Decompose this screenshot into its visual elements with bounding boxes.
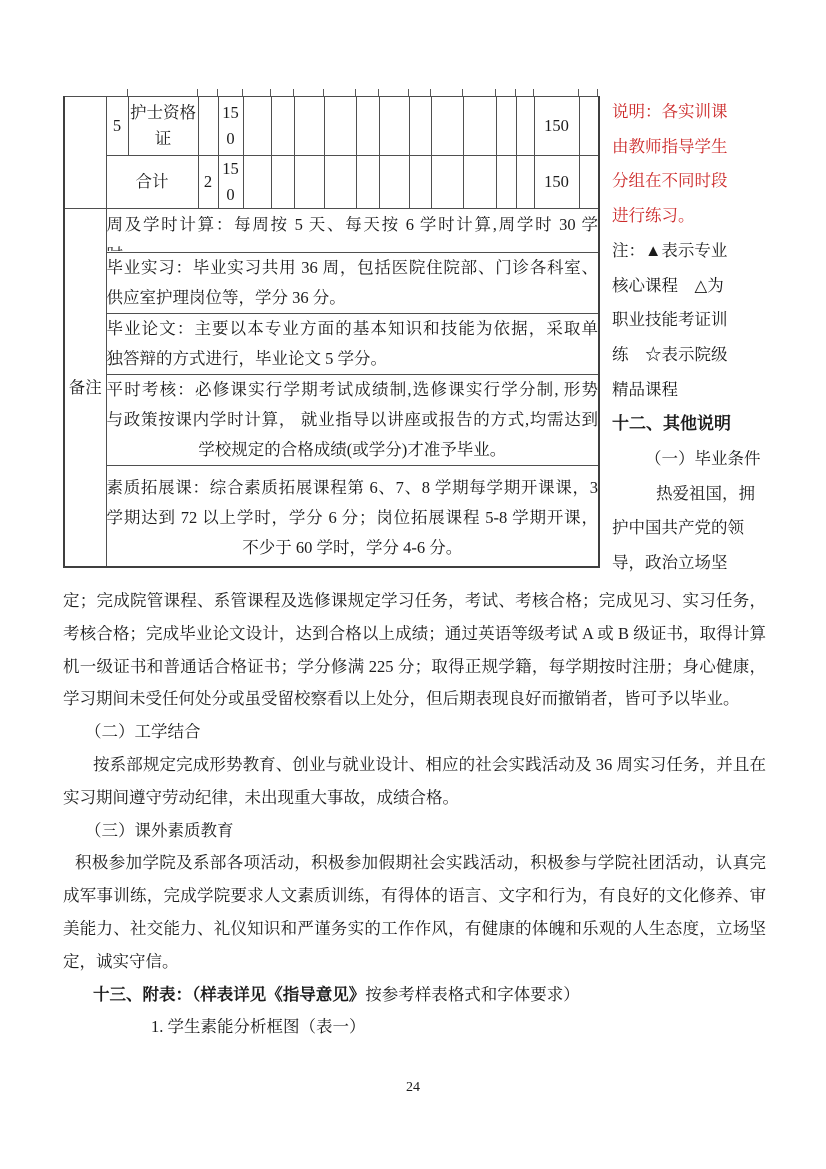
empty-cell bbox=[64, 97, 106, 209]
grid-stub bbox=[408, 89, 409, 96]
legend-note-line: 精品课程 bbox=[612, 373, 798, 408]
empty-cell bbox=[324, 156, 356, 209]
subtotal-count-cell: 2 bbox=[198, 156, 218, 209]
empty-cell bbox=[463, 97, 496, 156]
subheading-extracurricular: （三）课外素质教育 bbox=[63, 815, 766, 848]
remark-weekly-hours-cell: 周及学时计算：每周按 5 天、每天按 6 学时计算,周学时 30 学 时 bbox=[106, 209, 599, 253]
appendix-heading: 十三、附表：（样表详见《指导意见》按参考样表格式和字体要求） bbox=[63, 979, 766, 1012]
empty-cell bbox=[379, 97, 409, 156]
legend-note-line: 核心课程 △为 bbox=[612, 269, 798, 304]
table-row-remark: 备注 周及学时计算：每周按 5 天、每天按 6 学时计算,周学时 30 学 时 bbox=[64, 209, 599, 253]
empty-cell bbox=[496, 156, 516, 209]
appendix-heading-bold: 十三、附表：（样表详见《指导意见》 bbox=[93, 985, 365, 1004]
sidebar-notes: 说明：各实训课 由教师指导学生 分组在不同时段 进行练习。 注：▲表示专业 核心… bbox=[612, 95, 798, 581]
empty-cell bbox=[294, 97, 324, 156]
grid-stub bbox=[293, 89, 294, 96]
subtotal-total-cell: 150 bbox=[534, 156, 579, 209]
seq-cell: 5 bbox=[106, 97, 128, 156]
table-row-remark: 素质拓展课：综合素质拓展课程第 6、7、8 学期每学期开课课，3 学期达到 72… bbox=[64, 466, 599, 568]
table-row-subtotal: 合计 2 150 150 bbox=[64, 156, 599, 209]
remark-internship-cell: 毕业实习：毕业实习共用 36 周，包括医院住院部、门诊各科室、 供应室护理岗位等… bbox=[106, 253, 599, 314]
grid-stub bbox=[578, 89, 579, 96]
sidebar-text-line: 导，政治立场坚 bbox=[612, 546, 798, 581]
grid-stub bbox=[242, 89, 243, 96]
sidebar-text-line: 热爱祖国，拥 bbox=[612, 477, 798, 512]
empty-cell bbox=[271, 97, 294, 156]
paragraph-graduation-conditions: 定；完成院管课程、系管课程及选修课规定学习任务，考试、考核合格；完成见习、实习任… bbox=[63, 585, 766, 716]
grid-stub bbox=[597, 89, 598, 96]
grid-stub bbox=[323, 89, 324, 96]
course-table-wrap: 5 护士资格证 150 150 合计 2 bbox=[63, 96, 598, 568]
table-row-remark: 毕业实习：毕业实习共用 36 周，包括医院住院部、门诊各科室、 供应室护理岗位等… bbox=[64, 253, 599, 314]
legend-note-line: 练 ☆表示院级 bbox=[612, 338, 798, 373]
subtotal-hours-cell: 150 bbox=[218, 156, 243, 209]
subheading-work-study: （二）工学结合 bbox=[63, 716, 766, 749]
empty-cell bbox=[356, 97, 379, 156]
red-note-line: 进行练习。 bbox=[612, 199, 798, 234]
grid-stub bbox=[515, 89, 516, 96]
empty-cell bbox=[579, 97, 599, 156]
table-row-remark: 毕业论文：主要以本专业方面的基本知识和技能为依据，采取单 独答辩的方式进行，毕业… bbox=[64, 314, 599, 375]
table-row-cert: 5 护士资格证 150 150 bbox=[64, 97, 599, 156]
remarks-label-cell: 备注 bbox=[64, 209, 106, 568]
main-text: 定；完成院管课程、系管课程及选修课规定学习任务，考试、考核合格；完成见习、实习任… bbox=[63, 585, 766, 1044]
grid-stub bbox=[462, 89, 463, 96]
page-number: 24 bbox=[0, 1080, 826, 1096]
red-note-line: 说明：各实训课 bbox=[612, 95, 798, 130]
subtotal-label-cell: 合计 bbox=[106, 156, 198, 209]
red-note-line: 分组在不同时段 bbox=[612, 164, 798, 199]
empty-cell bbox=[431, 97, 463, 156]
total-hours-cell: 150 bbox=[534, 97, 579, 156]
empty-cell bbox=[516, 97, 534, 156]
empty-cell bbox=[516, 156, 534, 209]
hours-cell: 150 bbox=[218, 97, 243, 156]
empty-cell bbox=[463, 156, 496, 209]
grid-stub bbox=[378, 89, 379, 96]
empty-cell bbox=[356, 156, 379, 209]
appendix-heading-regular: 按参考样表格式和字体要求） bbox=[365, 985, 580, 1004]
grid-stub bbox=[270, 89, 271, 96]
empty-cell bbox=[409, 156, 431, 209]
section-heading: 十二、其他说明 bbox=[612, 407, 798, 442]
empty-cell bbox=[243, 156, 271, 209]
course-table: 5 护士资格证 150 150 合计 2 bbox=[63, 96, 600, 568]
clipped-text-box: 周及学时计算：每周按 5 天、每天按 6 学时计算,周学时 30 学 时 bbox=[107, 210, 599, 251]
legend-note-line: 职业技能考证训 bbox=[612, 303, 798, 338]
paragraph-extracurricular: 积极参加学院及系部各项活动，积极参加假期社会实践活动，积极参与学院社团活动，认真… bbox=[63, 847, 766, 978]
empty-cell bbox=[198, 97, 218, 156]
grid-stub bbox=[533, 89, 534, 96]
legend-note-line: 注：▲表示专业 bbox=[612, 234, 798, 269]
document-page: 5 护士资格证 150 150 合计 2 bbox=[0, 0, 826, 1169]
red-note-line: 由教师指导学生 bbox=[612, 130, 798, 165]
grid-stub bbox=[430, 89, 431, 96]
empty-cell bbox=[294, 156, 324, 209]
grid-stub bbox=[127, 89, 128, 96]
remark-assessment-cell: 平时考核：必修课实行学期考试成绩制,选修课实行学分制, 形势 与政策按课内学时计… bbox=[106, 375, 599, 466]
remark-thesis-cell: 毕业论文：主要以本专业方面的基本知识和技能为依据，采取单 独答辩的方式进行，毕业… bbox=[106, 314, 599, 375]
empty-cell bbox=[271, 156, 294, 209]
sidebar-text-line: 护中国共产党的领 bbox=[612, 511, 798, 546]
remark-quality-course-cell: 素质拓展课：综合素质拓展课程第 6、7、8 学期每学期开课课，3 学期达到 72… bbox=[106, 466, 599, 568]
empty-cell bbox=[579, 156, 599, 209]
table-row-remark: 平时考核：必修课实行学期考试成绩制,选修课实行学分制, 形势 与政策按课内学时计… bbox=[64, 375, 599, 466]
empty-cell bbox=[324, 97, 356, 156]
course-name-cell: 护士资格证 bbox=[128, 97, 198, 156]
grid-stub bbox=[495, 89, 496, 96]
empty-cell bbox=[409, 97, 431, 156]
grid-stub bbox=[355, 89, 356, 96]
grid-stub bbox=[197, 89, 198, 96]
empty-cell bbox=[496, 97, 516, 156]
empty-cell bbox=[379, 156, 409, 209]
sidebar-text-line: （一）毕业条件 bbox=[612, 442, 798, 477]
empty-cell bbox=[431, 156, 463, 209]
grid-stub bbox=[217, 89, 218, 96]
empty-cell bbox=[243, 97, 271, 156]
paragraph-work-study: 按系部规定完成形势教育、创业与就业设计、相应的社会实践活动及 36 周实习任务，… bbox=[63, 749, 766, 815]
appendix-item: 1. 学生素能分析框图（表一） bbox=[63, 1011, 766, 1044]
